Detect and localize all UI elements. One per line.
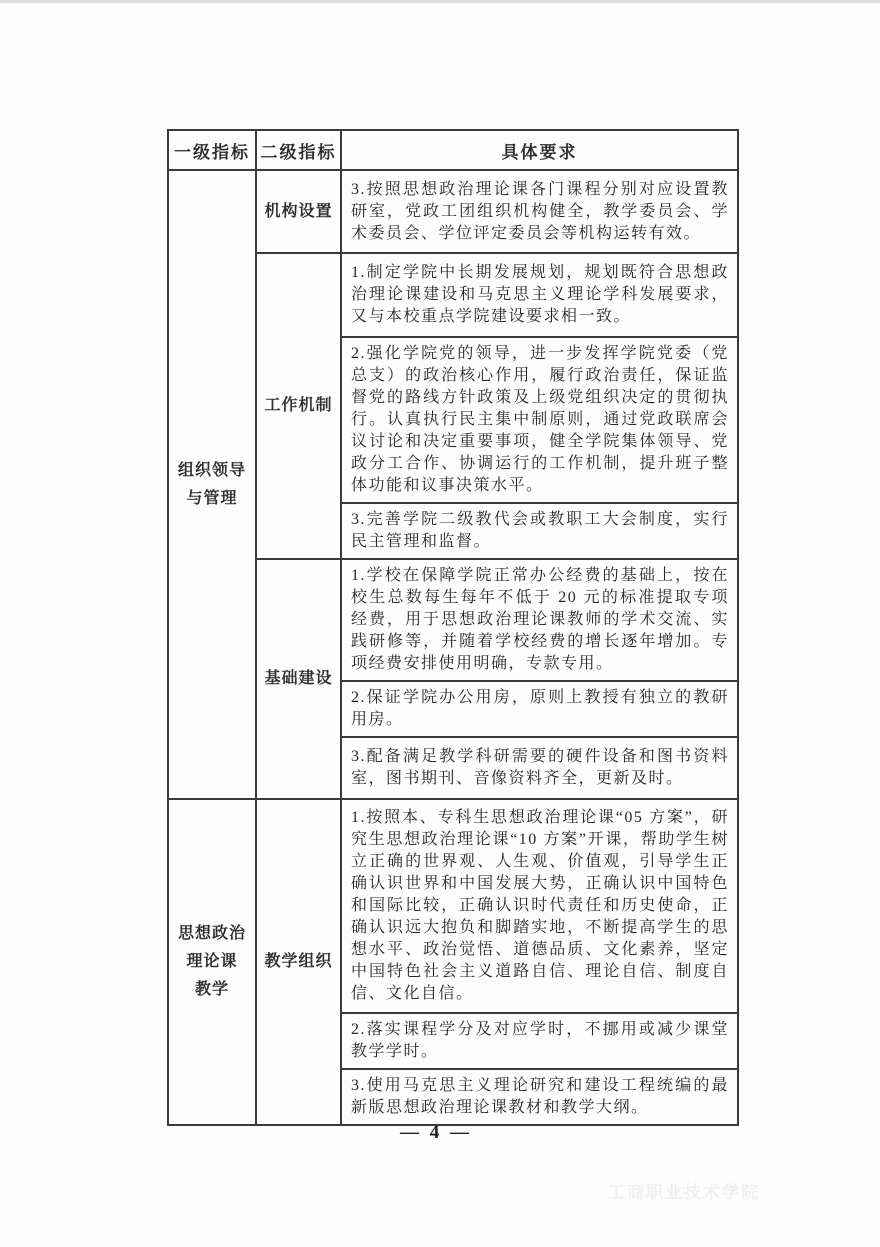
- header-level2: 二级指标: [256, 130, 341, 170]
- level2-cell-institution-setup: 机构设置: [256, 170, 341, 253]
- page-number: — 4 —: [0, 1122, 872, 1144]
- requirement-cell: 3.配备满足教学科研需要的硬件设备和图书资料室，图书期刊、音像资料齐全，更新及时…: [341, 737, 738, 799]
- requirement-cell: 3.完善学院二级教代会或教职工大会制度，实行民主管理和监督。: [341, 503, 738, 559]
- level2-cell-work-mechanism: 工作机制: [256, 253, 341, 559]
- requirement-cell: 3.使用马克思主义理论研究和建设工程统编的最新版思想政治理论课教材和教学大纲。: [341, 1069, 738, 1125]
- level1-cell-organization-leadership: 组织领导 与管理: [168, 170, 256, 799]
- table-row: 组织领导 与管理 机构设置 3.按照思想政治理论课各门课程分别对应设置教研室，党…: [168, 170, 738, 253]
- requirement-cell: 2.强化学院党的领导，进一步发挥学院党委（党总支）的政治核心作用，履行政治责任，…: [341, 337, 738, 503]
- scanned-document-page: 一级指标 二级指标 具体要求 组织领导 与管理 机构设置 3.按照思想政治理论课…: [0, 0, 880, 1247]
- requirement-cell: 1.按照本、专科生思想政治理论课“05 方案”，研究生思想政治理论课“10 方案…: [341, 799, 738, 1013]
- header-level1: 一级指标: [168, 130, 256, 170]
- indicator-table: 一级指标 二级指标 具体要求 组织领导 与管理 机构设置 3.按照思想政治理论课…: [167, 129, 739, 1126]
- requirement-cell: 1.学校在保障学院正常办公经费的基础上，按在校生总数每生每年不低于 20 元的标…: [341, 559, 738, 681]
- table-row: 思想政治 理论课 教学 教学组织 1.按照本、专科生思想政治理论课“05 方案”…: [168, 799, 738, 1013]
- requirement-cell: 1.制定学院中长期发展规划，规划既符合思想政治理论课建设和马克思主义理论学科发展…: [341, 253, 738, 337]
- header-requirements: 具体要求: [341, 130, 738, 170]
- requirement-cell: 3.按照思想政治理论课各门课程分别对应设置教研室，党政工团组织机构健全，教学委员…: [341, 170, 738, 253]
- requirement-cell: 2.保证学院办公用房，原则上教授有独立的教研用房。: [341, 681, 738, 737]
- table-header-row: 一级指标 二级指标 具体要求: [168, 130, 738, 170]
- scan-edge-artifact: [0, 0, 880, 3]
- requirement-cell: 2.落实课程学分及对应学时，不挪用或减少课堂教学学时。: [341, 1013, 738, 1069]
- level1-cell-ideological-political-teaching: 思想政治 理论课 教学: [168, 799, 256, 1125]
- faint-watermark: 工商职业技术学院: [608, 1178, 868, 1203]
- level2-cell-basic-construction: 基础建设: [256, 559, 341, 799]
- level2-cell-teaching-organization: 教学组织: [256, 799, 341, 1125]
